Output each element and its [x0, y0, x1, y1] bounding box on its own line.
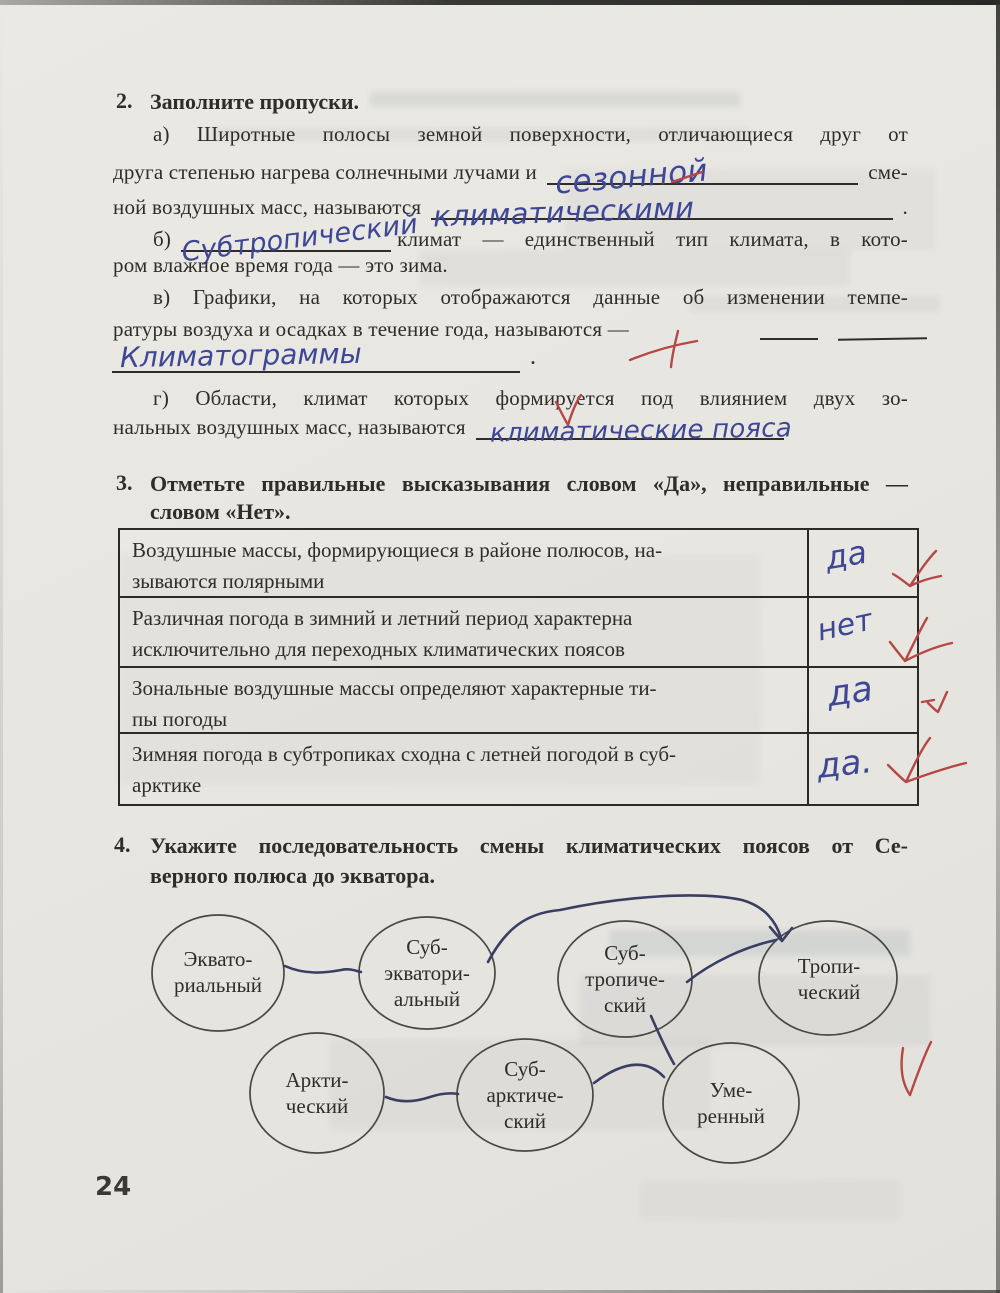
section2-a-line2-hyphen: сме- [868, 159, 908, 185]
table-row: Воздушные массы, формирующиеся в районе … [120, 530, 917, 596]
climate-node-equatorial: Эквато- риальный [133, 946, 303, 998]
climate-node-subarctic: Суб- арктиче- ский [440, 1056, 610, 1134]
answer-underline-v1 [760, 338, 818, 340]
scan-edge-right [996, 0, 1000, 1293]
handwritten-answer: да [824, 669, 875, 715]
yes-no-table: Воздушные массы, формирующиеся в районе … [118, 528, 919, 806]
answer-cell: да. [807, 734, 917, 804]
answer-blank-a2: климатическими [431, 192, 892, 220]
climate-node-tropical: Тропи- ческий [744, 953, 914, 1005]
section2-v-period: . [530, 344, 536, 370]
section2-b-line1: б) Субтропический климат — единственный … [153, 224, 908, 252]
section2-b-line1-text: климат — единственный тип климата, в кот… [397, 226, 908, 252]
table-row: Зимняя погода в субтропиках сходна с лет… [120, 732, 917, 804]
statement-cell: Воздушные массы, формирующиеся в районе … [120, 530, 807, 596]
section4-number: 4. [114, 832, 131, 858]
climate-node-subequatorial: Суб- экватори- альный [342, 934, 512, 1012]
scan-edge-left [0, 0, 3, 1293]
table-row: Зональные воздушные массы определяют хар… [120, 666, 917, 732]
section2-b-label: б) [153, 226, 171, 252]
climate-node-subtropical: Суб- тропиче- ский [540, 940, 710, 1018]
answer-blank-a1: сезонной [547, 157, 858, 185]
red-checkmark-row3 [922, 692, 947, 712]
climate-node-arctic: Аркти- ческий [232, 1067, 402, 1119]
section2-g-line2: нальных воздушных масс, называются клима… [113, 412, 908, 440]
answer-cell: да [807, 668, 917, 732]
handwritten-answer: да. [815, 741, 874, 787]
answer-underline-v2 [838, 337, 927, 341]
answer-cell: да [807, 530, 917, 596]
handwritten-answer-g: климатические пояса [489, 415, 791, 446]
section2-g-line2-text: нальных воздушных масс, называются [113, 414, 466, 440]
red-checkmark-diagram [901, 1042, 931, 1095]
section2-a-line2: друга степенью нагрева солнечными лучами… [113, 157, 908, 185]
section2-a-line2-text: друга степенью нагрева солнечными лучами… [113, 159, 537, 185]
section2-b-line2: ром влажное время года — это зима. [113, 252, 448, 278]
section2-a-line3: ной воздушных масс, называются климатиче… [113, 192, 908, 220]
section2-a-line1: а) Широтные полосы земной поверхности, о… [153, 121, 908, 147]
workbook-page: 2. Заполните пропуски. а) Широтные полос… [0, 0, 1000, 1293]
handwritten-answer: да [822, 533, 870, 578]
answer-cell: нет [807, 598, 917, 666]
section2-g-line1: г) Области, климат которых формируется п… [153, 385, 908, 411]
section2-a-line3-period: . [903, 194, 908, 220]
answer-blank-g: климатические пояса [476, 412, 784, 440]
scan-edge-top [0, 0, 1000, 5]
handwritten-answer-v: Климатограммы [120, 337, 362, 374]
section4-title-line2: верного полюса до экватора. [150, 862, 435, 890]
statement-cell: Зимняя погода в субтропиках сходна с лет… [120, 734, 807, 804]
table-row: Различная погода в зимний и летний перио… [120, 596, 917, 666]
section3-title-line1: Отметьте правильные высказывания словом … [150, 470, 908, 498]
section2-v-line1: в) Графики, на которых отображаются данн… [153, 284, 908, 310]
page-number: 24 [95, 1172, 131, 1202]
section2-v-line2: ратуры воздуха и осадках в течение года,… [113, 316, 629, 342]
red-checkmark-v [630, 331, 697, 367]
bleed-through-artifact [420, 250, 850, 286]
section3-number: 3. [116, 470, 133, 496]
handwritten-answer: нет [814, 603, 876, 649]
climate-node-temperate: Уме- ренный [646, 1077, 816, 1129]
section3-title-line2: словом «Нет». [150, 498, 291, 526]
statement-cell: Зональные воздушные массы определяют хар… [120, 668, 807, 732]
answer-blank-b: Субтропический [181, 224, 391, 252]
section2-number: 2. [116, 88, 133, 114]
bleed-through-artifact [370, 92, 740, 107]
section2-title: Заполните пропуски. [150, 88, 359, 116]
bleed-through-artifact [640, 1180, 900, 1220]
statement-cell: Различная погода в зимний и летний перио… [120, 598, 807, 666]
section4-title-line1: Укажите последовательность смены климати… [150, 832, 908, 860]
